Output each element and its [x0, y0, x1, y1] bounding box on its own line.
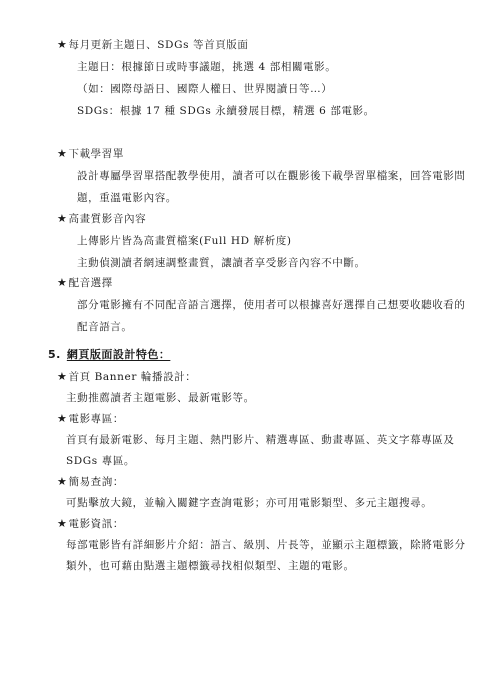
body-line: SDGs：根據 17 種 SDGs 永續發展目標，精選 6 部電影。 [77, 104, 375, 118]
star-bullet-icon: ★ [57, 412, 67, 425]
section-heading: 5.網頁版面設計特色： [48, 348, 170, 362]
section-title: ★配音選擇 [57, 276, 113, 290]
section-title: ★下載學習單 [57, 147, 124, 161]
star-bullet-icon: ★ [57, 38, 67, 51]
body-line: 主動推薦讀者主題電影、最新電影等。 [66, 391, 255, 405]
heading-number: 5. [48, 348, 61, 361]
body-line: 首頁有最新電影、每月主題、熱門影片、精選專區、動畫專區、英文字幕專區及 [66, 433, 455, 447]
section-title: ★高畫質影音內容 [57, 212, 146, 226]
star-bullet-icon: ★ [57, 212, 67, 225]
body-line: 每部電影皆有詳細影片介紹：語言、級別、片長等，並顯示主題標籤，除將電影分 [66, 538, 466, 552]
feature-title: ★電影資訊： [57, 517, 124, 531]
body-line: 類外，也可藉由點選主題標籤尋找相似類型、主題的電影。 [66, 559, 355, 573]
body-line: 設計專屬學習單搭配教學使用，讀者可以在觀影後下載學習單檔案，回答電影問 [77, 169, 466, 183]
star-bullet-icon: ★ [57, 276, 67, 289]
body-line: 可點擊放大鏡，並輸入關鍵字查詢電影；亦可用電影類型、多元主題搜尋。 [66, 496, 432, 510]
body-line: 主題日：根據節日或時事議題，挑選 4 部相關電影。 [77, 60, 336, 74]
body-line: （如：國際母語日、國際人權日、世界閱讀日等…） [77, 82, 332, 96]
body-line: 題，重溫電影內容。 [77, 191, 177, 205]
heading-title: 網頁版面設計特色： [67, 348, 171, 361]
body-line: 上傳影片皆為高畫質檔案(Full HD 解析度) [77, 234, 292, 248]
body-line: SDGs 專區。 [66, 454, 135, 468]
body-line: 主動偵測讀者網速調整畫質，讓讀者享受影音內容不中斷。 [77, 256, 366, 270]
body-line: 配音語言。 [77, 320, 133, 334]
star-bullet-icon: ★ [57, 147, 67, 160]
star-bullet-icon: ★ [57, 517, 67, 530]
feature-title: ★簡易查詢： [57, 475, 124, 489]
feature-title: ★電影專區： [57, 412, 124, 426]
star-bullet-icon: ★ [57, 370, 67, 383]
feature-title: ★首頁 Banner 輪播設計： [57, 370, 196, 384]
section-title: ★每月更新主題日、SDGs 等首頁版面 [57, 38, 249, 52]
star-bullet-icon: ★ [57, 475, 67, 488]
body-line: 部分電影擁有不同配音語言選擇，使用者可以根據喜好選擇自己想要收聽收看的 [77, 298, 466, 312]
